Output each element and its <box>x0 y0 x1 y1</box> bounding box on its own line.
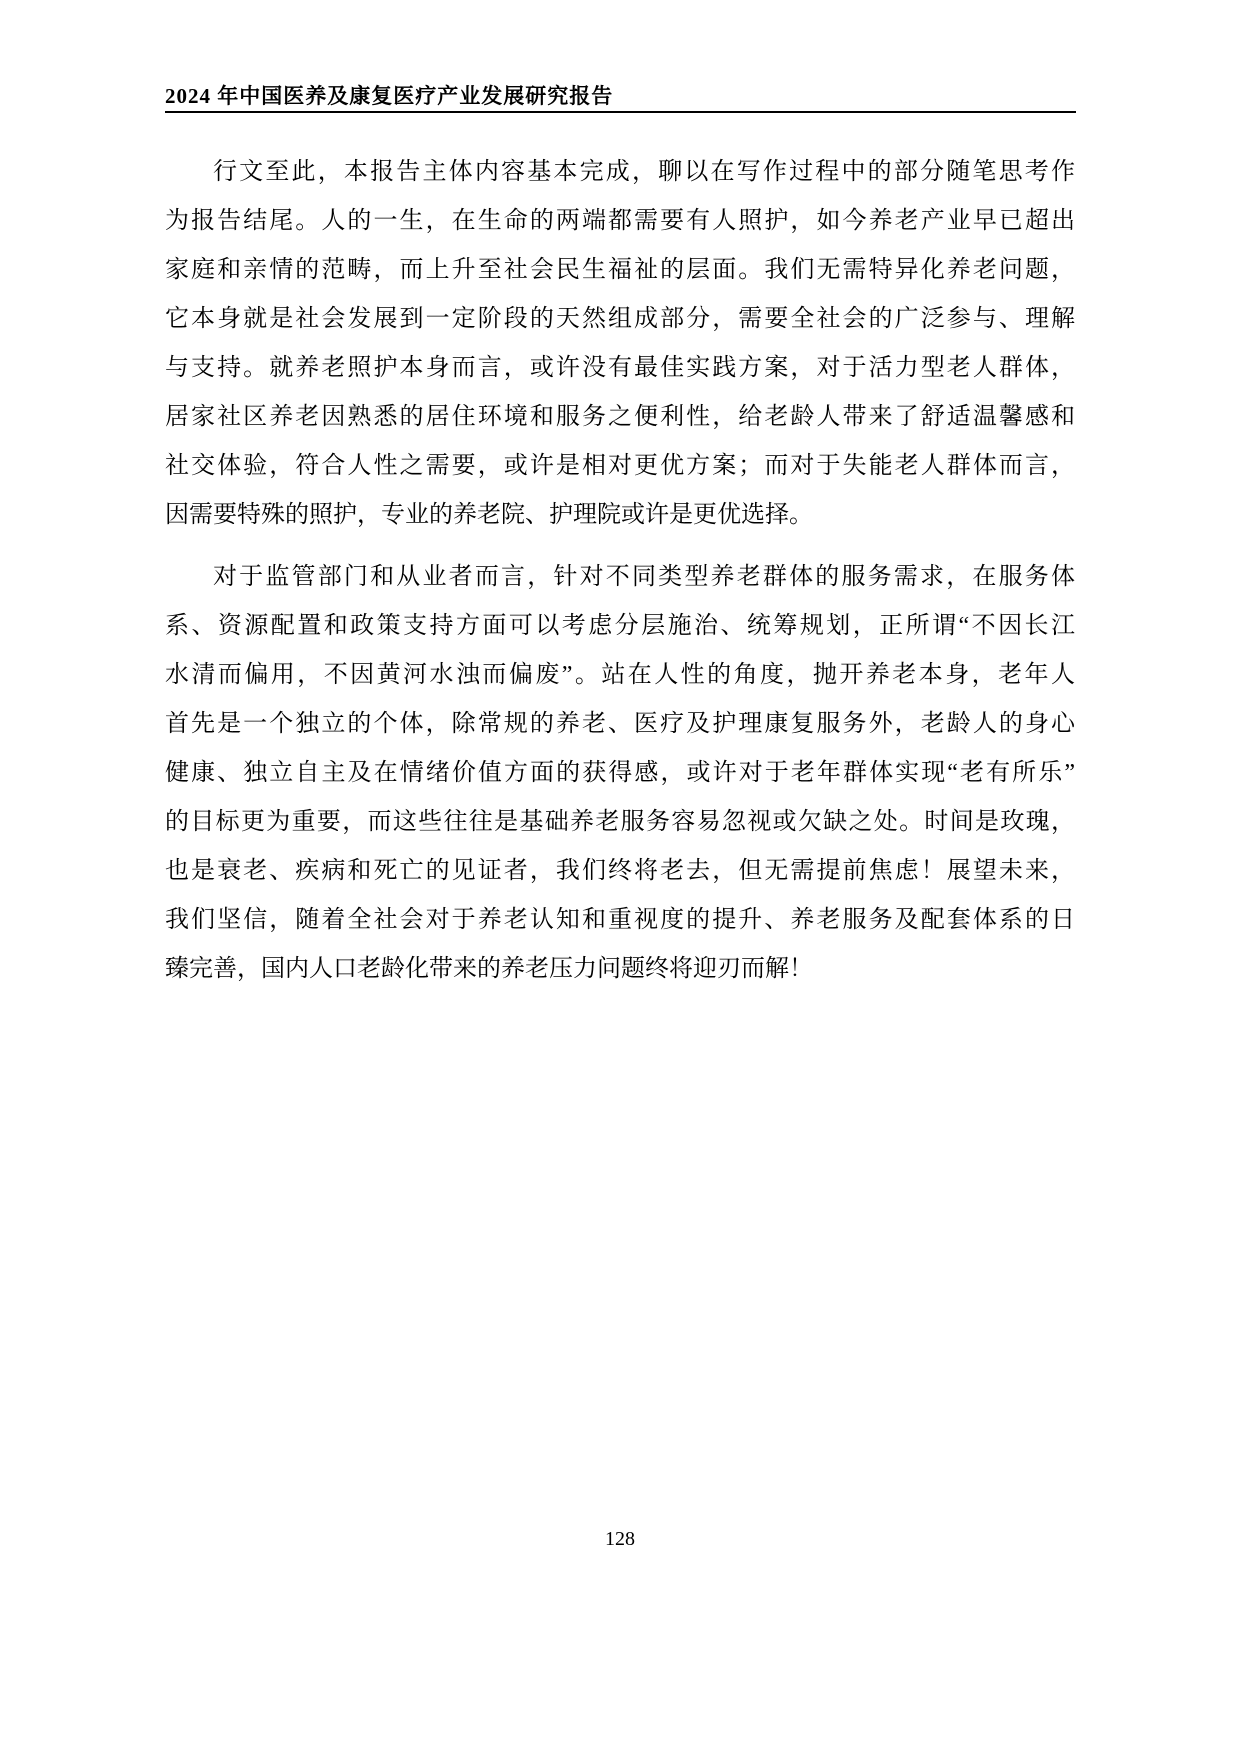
text-line: 对于监管部门和从业者而言，针对不同类型养老群体的服务需求，在服务体 <box>165 553 1075 602</box>
text-line: 健康、独立自主及在情绪价值方面的获得感，或许对于老年群体实现“老有所乐” <box>165 749 1075 798</box>
text-line: 我们坚信，随着全社会对于养老认知和重视度的提升、养老服务及配套体系的日 <box>165 896 1075 945</box>
header-rule <box>165 111 1076 113</box>
text-line: 为报告结尾。人的一生，在生命的两端都需要有人照护，如今养老产业早已超出 <box>165 197 1075 246</box>
text-line: 居家社区养老因熟悉的居住环境和服务之便利性，给老龄人带来了舒适温馨感和 <box>165 393 1075 442</box>
text-line: 臻完善，国内人口老龄化带来的养老压力问题终将迎刃而解！ <box>165 945 1075 994</box>
text-line: 行文至此，本报告主体内容基本完成，聊以在写作过程中的部分随笔思考作 <box>165 148 1075 197</box>
text-line: 因需要特殊的照护，专业的养老院、护理院或许是更优选择。 <box>165 491 1075 540</box>
text-line: 家庭和亲情的范畴，而上升至社会民生福祉的层面。我们无需特异化养老问题， <box>165 246 1075 295</box>
report-header-title: 2024 年中国医养及康复医疗产业发展研究报告 <box>165 80 1075 110</box>
text-line: 首先是一个独立的个体，除常规的养老、医疗及护理康复服务外，老龄人的身心 <box>165 700 1075 749</box>
document-page: 2024 年中国医养及康复医疗产业发展研究报告 行文至此，本报告主体内容基本完成… <box>0 0 1240 1754</box>
text-line: 与支持。就养老照护本身而言，或许没有最佳实践方案，对于活力型老人群体， <box>165 344 1075 393</box>
text-line: 系、资源配置和政策支持方面可以考虑分层施治、统筹规划，正所谓“不因长江 <box>165 602 1075 651</box>
paragraph-outlook: 对于监管部门和从业者而言，针对不同类型养老群体的服务需求，在服务体 系、资源配置… <box>165 553 1075 994</box>
text-line: 社交体验，符合人性之需要，或许是相对更优方案；而对于失能老人群体而言， <box>165 442 1075 491</box>
text-line: 也是衰老、疾病和死亡的见证者，我们终将老去，但无需提前焦虑！展望未来， <box>165 847 1075 896</box>
text-line: 它本身就是社会发展到一定阶段的天然组成部分，需要全社会的广泛参与、理解 <box>165 295 1075 344</box>
paragraph-closing-remarks: 行文至此，本报告主体内容基本完成，聊以在写作过程中的部分随笔思考作 为报告结尾。… <box>165 148 1075 540</box>
text-line: 的目标更为重要，而这些往往是基础养老服务容易忽视或欠缺之处。时间是玫瑰， <box>165 798 1075 847</box>
text-line: 水清而偏用，不因黄河水浊而偏废”。站在人性的角度，抛开养老本身，老年人 <box>165 651 1075 700</box>
page-number: 128 <box>0 1528 1240 1551</box>
page-body: 行文至此，本报告主体内容基本完成，聊以在写作过程中的部分随笔思考作 为报告结尾。… <box>165 148 1075 994</box>
